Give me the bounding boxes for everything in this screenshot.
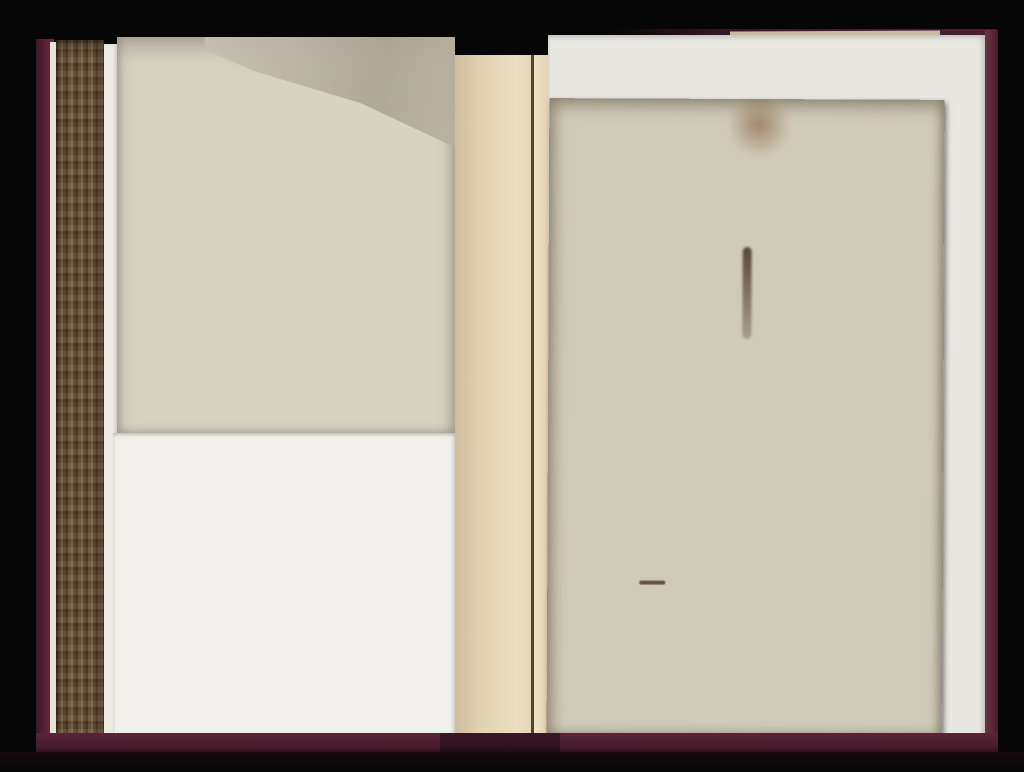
- gutter-bottom-shadow: [440, 733, 560, 753]
- photograph-of-open-manuscript-book: [0, 0, 1024, 772]
- gutter-guard-left: [455, 55, 531, 735]
- gutter-guard-right: [534, 55, 548, 735]
- left-page-bleedthrough-and-blots: [117, 37, 455, 434]
- white-mount-sheet: [113, 433, 455, 734]
- page-stack-texture: [56, 40, 104, 752]
- bottom-shadow: [0, 752, 1024, 772]
- book-cover-right-edge: [985, 30, 998, 753]
- right-manuscript-page: [547, 98, 945, 739]
- bleedthrough-and-cancellation-strokes: [547, 98, 945, 739]
